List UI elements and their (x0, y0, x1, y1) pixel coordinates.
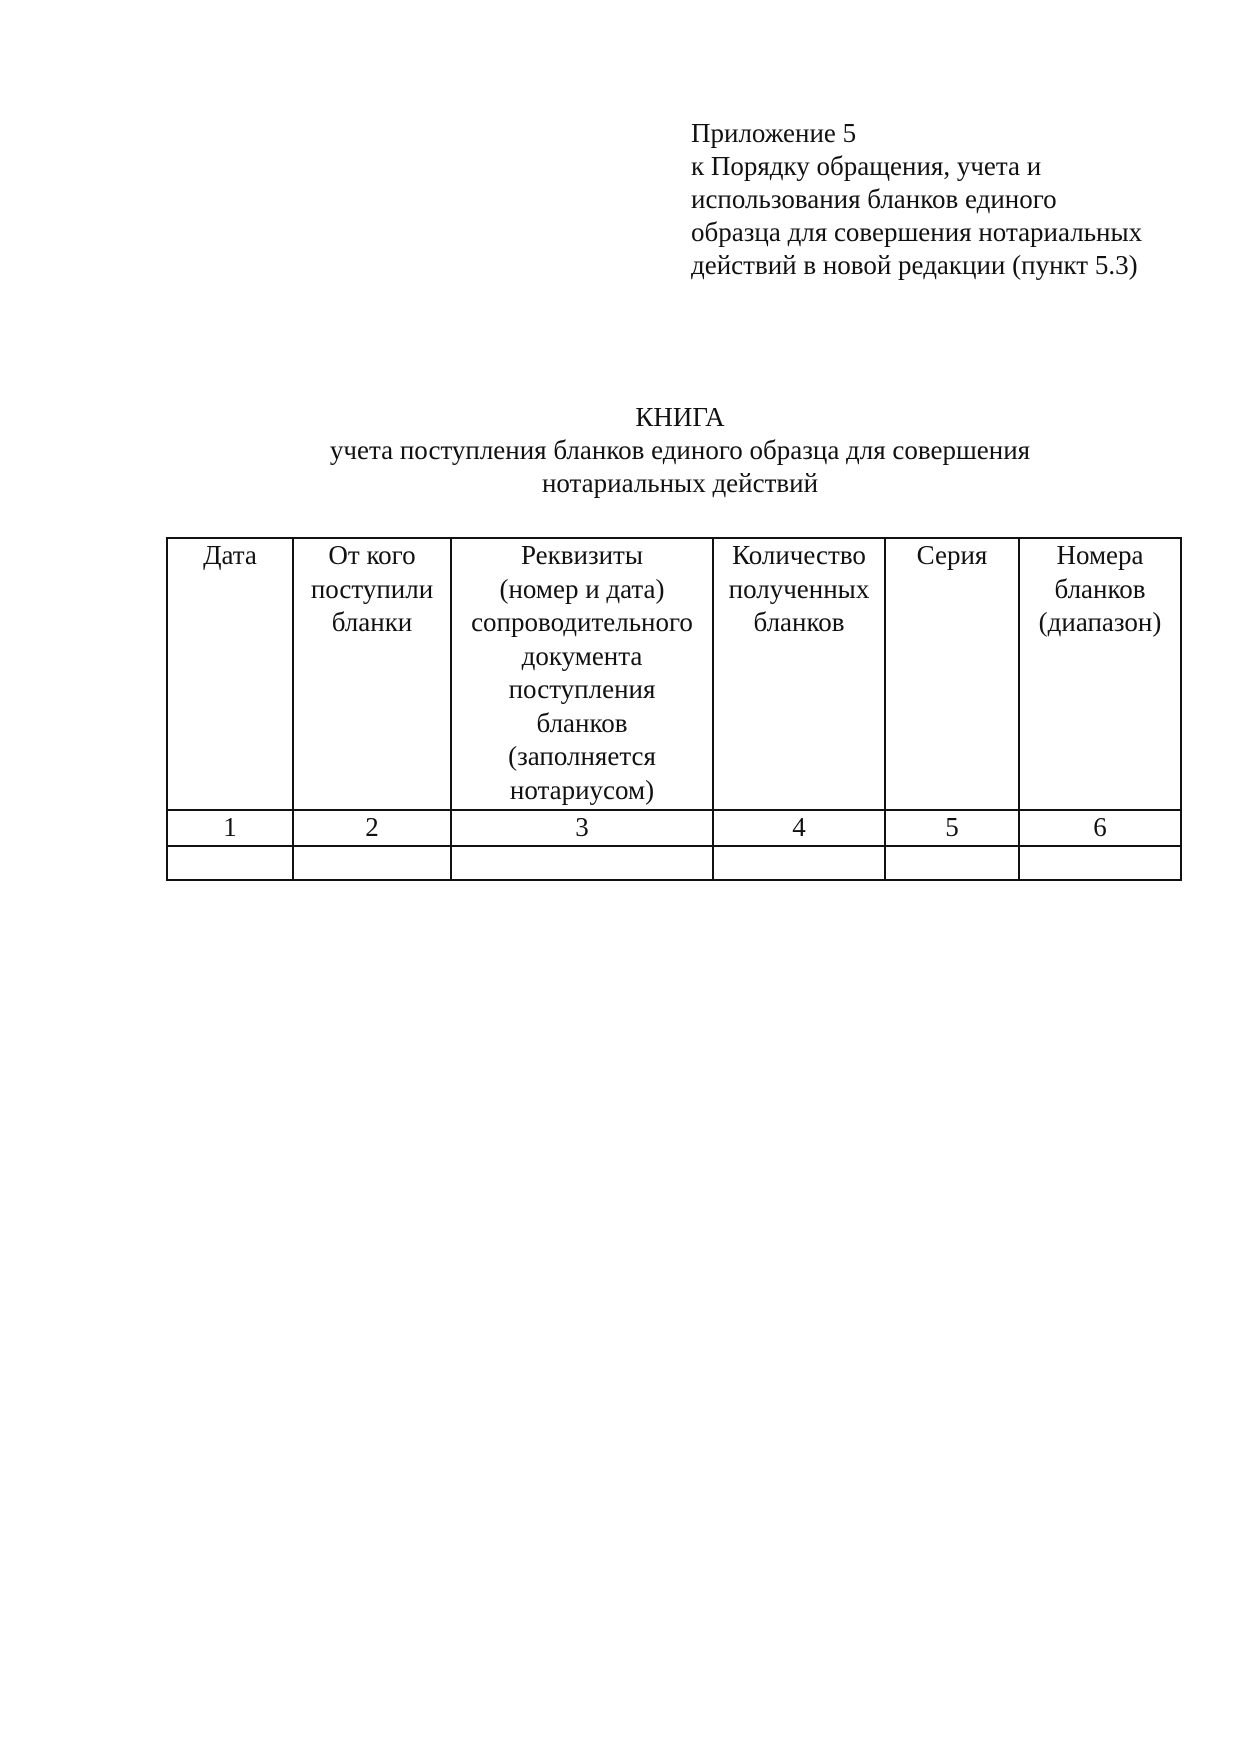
table-header-row: Дата От кого поступили бланки Реквизиты … (167, 538, 1181, 810)
column-number: 4 (713, 810, 885, 846)
column-number-row: 1 2 3 4 5 6 (167, 810, 1181, 846)
document-title: КНИГА учета поступления бланков единого … (0, 401, 1241, 500)
table-cell (167, 846, 293, 880)
table-cell (451, 846, 713, 880)
appendix-line: образца для совершения нотариальных (691, 216, 1142, 249)
title-heading: КНИГА (0, 401, 1241, 434)
column-header-date: Дата (167, 538, 293, 810)
column-header-sender: От кого поступили бланки (293, 538, 451, 810)
receipt-register-table: Дата От кого поступили бланки Реквизиты … (166, 537, 1182, 881)
column-number: 6 (1019, 810, 1181, 846)
column-header-document-details: Реквизиты (номер и дата) сопроводительно… (451, 538, 713, 810)
column-header-number-range: Номера бланков (диапазон) (1019, 538, 1181, 810)
column-number: 3 (451, 810, 713, 846)
table-cell (293, 846, 451, 880)
table-cell (713, 846, 885, 880)
appendix-line: действий в новой редакции (пункт 5.3) (691, 249, 1142, 282)
appendix-reference: Приложение 5 к Порядку обращения, учета … (691, 117, 1142, 282)
column-number: 2 (293, 810, 451, 846)
column-header-quantity: Количество полученных бланков (713, 538, 885, 810)
column-header-series: Серия (885, 538, 1019, 810)
appendix-line: Приложение 5 (691, 117, 1142, 150)
title-subtitle-line1: учета поступления бланков единого образц… (0, 434, 1241, 467)
appendix-line: использования бланков единого (691, 183, 1142, 216)
appendix-line: к Порядку обращения, учета и (691, 150, 1142, 183)
table-row (167, 846, 1181, 880)
title-subtitle-line2: нотариальных действий (0, 467, 1241, 500)
table-cell (1019, 846, 1181, 880)
column-number: 5 (885, 810, 1019, 846)
column-number: 1 (167, 810, 293, 846)
table-cell (885, 846, 1019, 880)
